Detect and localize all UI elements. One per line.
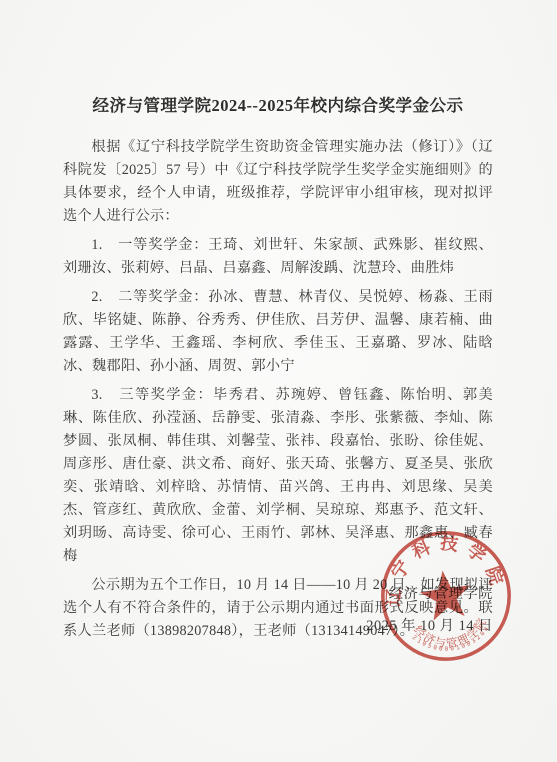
award-item-first-class: 1. 一等奖学金：王琦、刘世轩、朱家颉、武殊影、崔纹熙、刘珊汝、张莉婷、吕晶、吕…	[63, 234, 493, 280]
signature-block: 经济与管理学院 2025 年 10 月 14 日	[366, 582, 493, 635]
award-item-third-class: 3. 三等奖学金：毕秀君、苏琬婷、曾钰鑫、陈怡明、郭美琳、陈佳欣、孙滢涵、岳静雯…	[63, 384, 493, 568]
intro-paragraph: 根据《辽宁科技学院学生资助资金管理实施办法（修订）》（辽科院发〔2025〕57 …	[63, 136, 493, 228]
award-item-second-class: 2. 二等奖学金：孙冰、曹慧、林青仪、吴悦婷、杨淼、王雨欣、毕铭婕、陈静、谷秀秀…	[63, 286, 493, 378]
document-title: 经济与管理学院2024--2025年校内综合奖学金公示	[63, 92, 493, 116]
signature-org: 经济与管理学院	[366, 582, 493, 603]
document-page: 经济与管理学院2024--2025年校内综合奖学金公示 根据《辽宁科技学院学生资…	[0, 0, 557, 762]
signature-date: 2025 年 10 月 14 日	[366, 614, 493, 635]
